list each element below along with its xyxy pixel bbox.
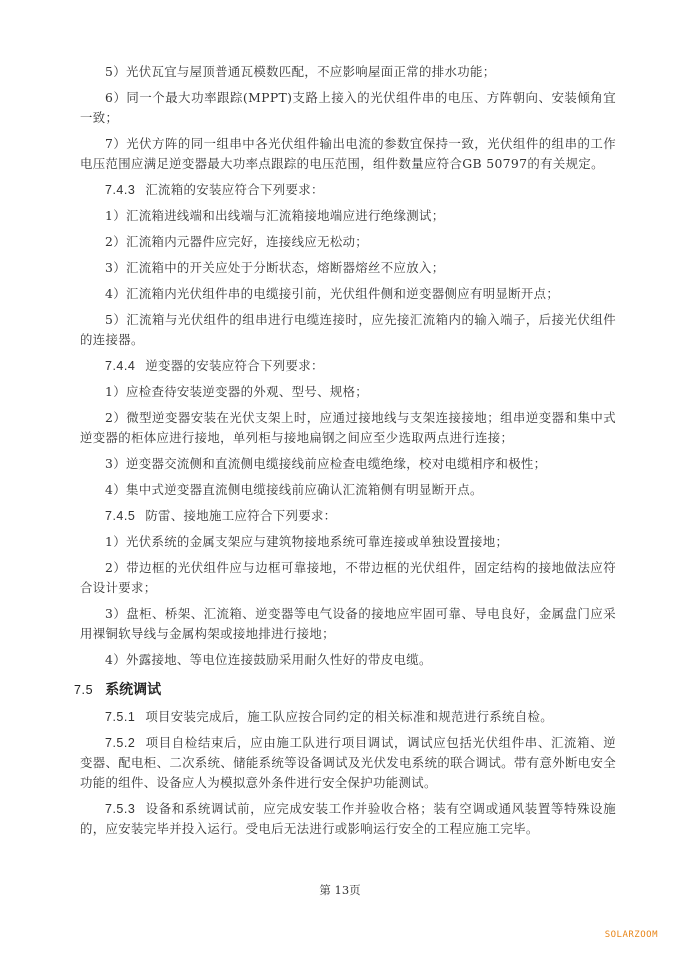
clause-heading-7-4-3: 7.4.3汇流箱的安装应符合下列要求：	[80, 180, 616, 200]
list-item: 1）光伏系统的金属支架应与建筑物接地系统可靠连接或单独设置接地；	[80, 532, 616, 552]
list-item: 6）同一个最大功率跟踪(MPPT)支路上接入的光伏组件串的电压、方阵朝向、安装倾…	[80, 88, 616, 128]
clause-number: 7.5.1	[105, 710, 135, 724]
clause-7-5-3: 7.5.3设备和系统调试前，应完成安装工作并验收合格；装有空调或通风装置等特殊设…	[80, 799, 616, 839]
list-item: 4）外露接地、等电位连接鼓励采用耐久性好的带皮电缆。	[80, 650, 616, 670]
clause-number: 7.5.2	[105, 736, 135, 750]
list-item: 2）汇流箱内元器件应完好，连接线应无松动；	[80, 232, 616, 252]
watermark-logo: SOLARZOOM	[605, 930, 658, 940]
clause-title: 防雷、接地施工应符合下列要求：	[145, 508, 336, 523]
section-number: 7.5	[74, 683, 93, 697]
list-item: 5）汇流箱与光伏组件的组串进行电缆连接时，应先接汇流箱内的输入端子，后接光伏组件…	[80, 310, 616, 350]
list-item: 3）盘柜、桥架、汇流箱、逆变器等电气设备的接地应牢固可靠、导电良好，金属盘门应采…	[80, 604, 616, 644]
list-item: 1）汇流箱进线端和出线端与汇流箱接地端应进行绝缘测试；	[80, 206, 616, 226]
list-item: 2）微型逆变器安装在光伏支架上时，应通过接地线与支架连接接地；组串逆变器和集中式…	[80, 408, 616, 448]
clause-7-5-1: 7.5.1项目安装完成后，施工队应按合同约定的相关标准和规范进行系统自检。	[80, 707, 616, 727]
clause-text: 项目自检结束后，应由施工队进行项目调试，调试应包括光伏组件串、汇流箱、逆变器、配…	[80, 735, 616, 790]
clause-text: 设备和系统调试前，应完成安装工作并验收合格；装有空调或通风装置等特殊设施的，应安…	[80, 801, 616, 836]
clause-title: 汇流箱的安装应符合下列要求：	[145, 182, 323, 197]
clause-heading-7-4-5: 7.4.5防雷、接地施工应符合下列要求：	[80, 506, 616, 526]
clause-title: 逆变器的安装应符合下列要求：	[145, 358, 323, 373]
list-item: 7）光伏方阵的同一组串中各光伏组件输出电流的参数宜保持一致，光伏组件的组串的工作…	[80, 134, 616, 174]
section-title: 系统调试	[105, 681, 161, 697]
clause-heading-7-4-4: 7.4.4逆变器的安装应符合下列要求：	[80, 356, 616, 376]
list-item: 2）带边框的光伏组件应与边框可靠接地，不带边框的光伏组件，固定结构的接地做法应符…	[80, 558, 616, 598]
list-item: 5）光伏瓦宜与屋顶普通瓦模数匹配，不应影响屋面正常的排水功能；	[80, 62, 616, 82]
list-item: 3）汇流箱中的开关应处于分断状态，熔断器熔丝不应放入；	[80, 258, 616, 278]
clause-text: 项目安装完成后，施工队应按合同约定的相关标准和规范进行系统自检。	[145, 709, 553, 724]
list-item: 4）集中式逆变器直流侧电缆接线前应确认汇流箱侧有明显断开点。	[80, 480, 616, 500]
clause-number: 7.4.5	[105, 509, 135, 523]
clause-number: 7.4.4	[105, 359, 135, 373]
list-item: 3）逆变器交流侧和直流侧电缆接线前应检查电缆绝缘，校对电缆相序和极性；	[80, 454, 616, 474]
clause-number: 7.4.3	[105, 183, 135, 197]
section-heading-7-5: 7.5系统调试	[74, 678, 616, 701]
list-item: 1）应检查待安装逆变器的外观、型号、规格；	[80, 382, 616, 402]
document-body: 5）光伏瓦宜与屋顶普通瓦模数匹配，不应影响屋面正常的排水功能； 6）同一个最大功…	[80, 62, 616, 845]
page-number: 第 13页	[0, 882, 680, 898]
list-item: 4）汇流箱内光伏组件串的电缆接引前，光伏组件侧和逆变器侧应有明显断开点；	[80, 284, 616, 304]
clause-7-5-2: 7.5.2项目自检结束后，应由施工队进行项目调试，调试应包括光伏组件串、汇流箱、…	[80, 733, 616, 793]
clause-number: 7.5.3	[105, 802, 135, 816]
